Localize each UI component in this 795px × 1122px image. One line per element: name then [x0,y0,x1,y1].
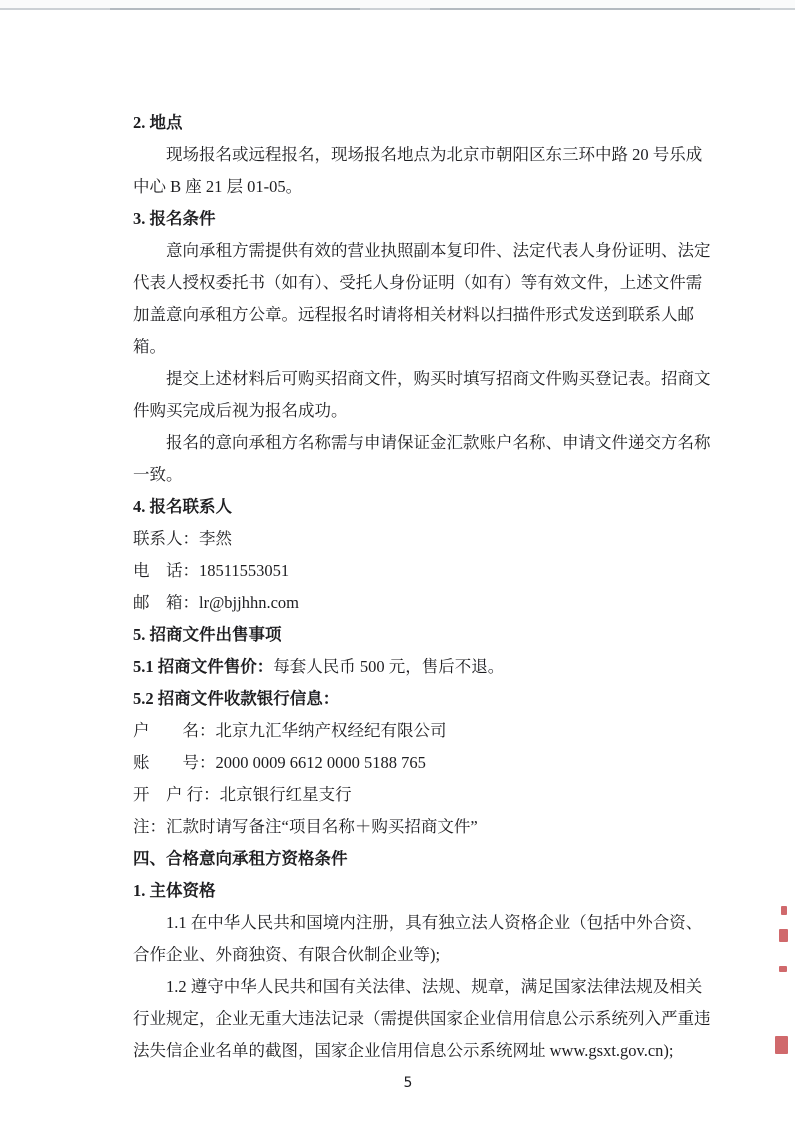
bank-info-heading: 5.2 招商文件收款银行信息： [133,683,711,715]
contact-phone-line: 电 话：18511553051 [133,555,711,587]
section3-paragraph-3: 报名的意向承租方名称需与申请保证金汇款账户名称、申请文件递交方名称一致。 [133,427,711,491]
chapter-four-heading: 四、合格意向承租方资格条件 [133,843,711,875]
document-page: 2. 地点 现场报名或远程报名，现场报名地点为北京市朝阳区东三环中路 20 号乐… [133,107,711,1099]
bank-account-number-line: 账 号：2000 0009 6612 0000 5188 765 [133,747,711,779]
red-edge-mark [775,1036,788,1054]
scan-edge-shadow [430,8,760,10]
red-edge-mark [781,906,787,915]
scan-edge-shadow [110,8,360,10]
section3-paragraph-2: 提交上述材料后可购买招商文件，购买时填写招商文件购买登记表。招商文件购买完成后视… [133,363,711,427]
section3-paragraph-1: 意向承租方需提供有效的营业执照副本复印件、法定代表人身份证明、法定代表人授权委托… [133,235,711,363]
price-label: 5.1 招商文件售价： [133,657,273,676]
section2-heading: 2. 地点 [133,107,711,139]
price-text: 每套人民币 500 元，售后不退。 [273,657,504,676]
price-line: 5.1 招商文件售价：每套人民币 500 元，售后不退。 [133,651,711,683]
remittance-note-line: 注：汇款时请写备注“项目名称＋购买招商文件” [133,811,711,843]
bank-account-name-line: 户 名：北京九汇华纳产权经纪有限公司 [133,715,711,747]
section5-heading: 5. 招商文件出售事项 [133,619,711,651]
bank-branch-line: 开 户 行：北京银行红星支行 [133,779,711,811]
contact-email-line: 邮 箱：lr@bjjhhn.com [133,587,711,619]
section4-heading: 4. 报名联系人 [133,491,711,523]
clause-1-1-paragraph: 1.1 在中华人民共和国境内注册，具有独立法人资格企业（包括中外合资、合作企业、… [133,907,711,971]
contact-name-line: 联系人：李然 [133,523,711,555]
section3-heading: 3. 报名条件 [133,203,711,235]
clause-1-2-paragraph: 1.2 遵守中华人民共和国有关法律、法规、规章，满足国家法律法规及相关行业规定，… [133,971,711,1067]
subject-qualification-heading: 1. 主体资格 [133,875,711,907]
scan-top-edge [0,0,795,10]
red-edge-mark [779,966,787,972]
section2-paragraph: 现场报名或远程报名，现场报名地点为北京市朝阳区东三环中路 20 号乐成中心 B … [133,139,711,203]
page-number: 5 [133,1067,683,1099]
red-edge-mark [779,929,788,942]
